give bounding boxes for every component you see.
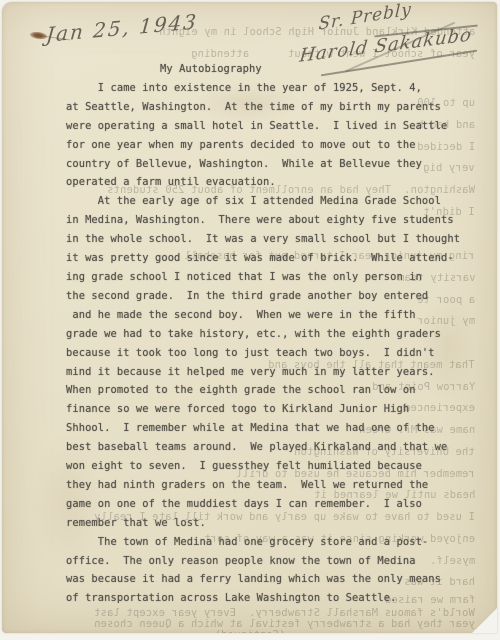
typed-line: country of Bellevue, Washington. While a… [66,155,460,174]
typed-line: they had ninth graders on the team. Well… [66,476,460,495]
typed-line: because it took too long to just teach t… [66,344,460,363]
typed-line: won eight to seven. I guessthey felt hum… [66,457,460,476]
typed-line: At the early age of six I attended Medin… [66,192,460,211]
typed-line: finance so we were forced togo to Kirkla… [66,400,460,419]
typed-line: office. The only reason people know the … [66,552,460,571]
typed-line: was because it had a ferry landing which… [66,570,460,589]
typed-line: When promoted to the eighth grade the sc… [66,381,460,400]
typed-line: mind it because it helped me very much i… [66,363,460,382]
typed-line: for one year when my parents decided to … [66,136,460,155]
paper-sheet: attended Kirkland Junior High School in … [2,2,497,633]
typed-line: The town of Medina had one grocery store… [66,533,460,552]
typed-line: were operating a small hotel in Seattle.… [66,117,460,136]
typed-line: of transportation across Lake Washington… [66,589,460,608]
typed-line: ing grade school I noticed that I was th… [66,268,460,287]
typed-line: grade we had to take history, etc., with… [66,325,460,344]
typed-line: and he made the second boy. When we were… [66,306,460,325]
typed-text-block: My Autobiography I came into existence i… [66,60,460,608]
essay-body: I came into existence in the year of 192… [66,79,460,608]
typed-line: it was pretty good since it was made of … [66,249,460,268]
typed-line: remember that we lost. [66,514,460,533]
typed-line: game on one of the muddiest days I can r… [66,495,460,514]
typed-line: I came into existence in the year of 192… [66,79,460,98]
typed-line: operated a farm until evacuation. [66,173,460,192]
typed-line: the second grade. In the third grade ano… [66,287,460,306]
typed-line: in the whole school. It was a very small… [66,230,460,249]
typed-line: in Medina, Washington. There were about … [66,211,460,230]
scanned-document-page: attended Kirkland Junior High School in … [0,0,500,640]
typed-line: best baseball teams around. We played Ki… [66,438,460,457]
typed-line: at Seattle, Washington. At the time of m… [66,98,460,117]
ghost-line: (Continued) [214,629,285,633]
typed-line: Shhool. I remember while at Medina that … [66,419,460,438]
